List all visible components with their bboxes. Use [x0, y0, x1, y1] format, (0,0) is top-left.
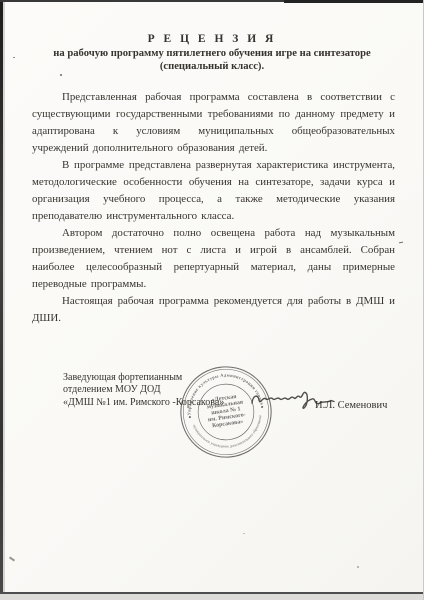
paragraph-1: Представленная рабочая программа составл… — [32, 89, 395, 157]
scanned-document-page: Р Е Ц Е Н З И Я на рабочую программу пят… — [0, 0, 424, 600]
scan-edge-bottom-margin — [0, 594, 424, 600]
subtitle-line-1: на рабочую программу пятилетнего обучени… — [0, 48, 424, 61]
document-title: Р Е Ц Е Н З И Я — [0, 33, 424, 45]
scan-speckle — [9, 556, 15, 561]
paragraph-2: В программе представлена развернутая хар… — [32, 157, 395, 225]
document-subtitle: на рабочую программу пятилетнего обучени… — [0, 48, 424, 73]
scan-edge-top-right — [284, 0, 424, 3]
scan-edge-left-soft — [3, 0, 5, 600]
paragraph-3: Автором достаточно полно освещена работа… — [32, 225, 395, 293]
scan-speckle — [399, 242, 403, 244]
stamp-separator-dot-left — [189, 416, 191, 418]
paragraph-4: Настоящая рабочая программа рекомендуетс… — [32, 293, 395, 327]
scan-speckle — [357, 566, 359, 568]
document-body: Представленная рабочая программа составл… — [32, 89, 395, 327]
subtitle-line-2: (специальный класс). — [0, 61, 424, 74]
scan-speckle — [60, 74, 62, 76]
signee-name: И.Л. Семенович — [315, 400, 387, 411]
scan-speckle — [243, 533, 245, 534]
